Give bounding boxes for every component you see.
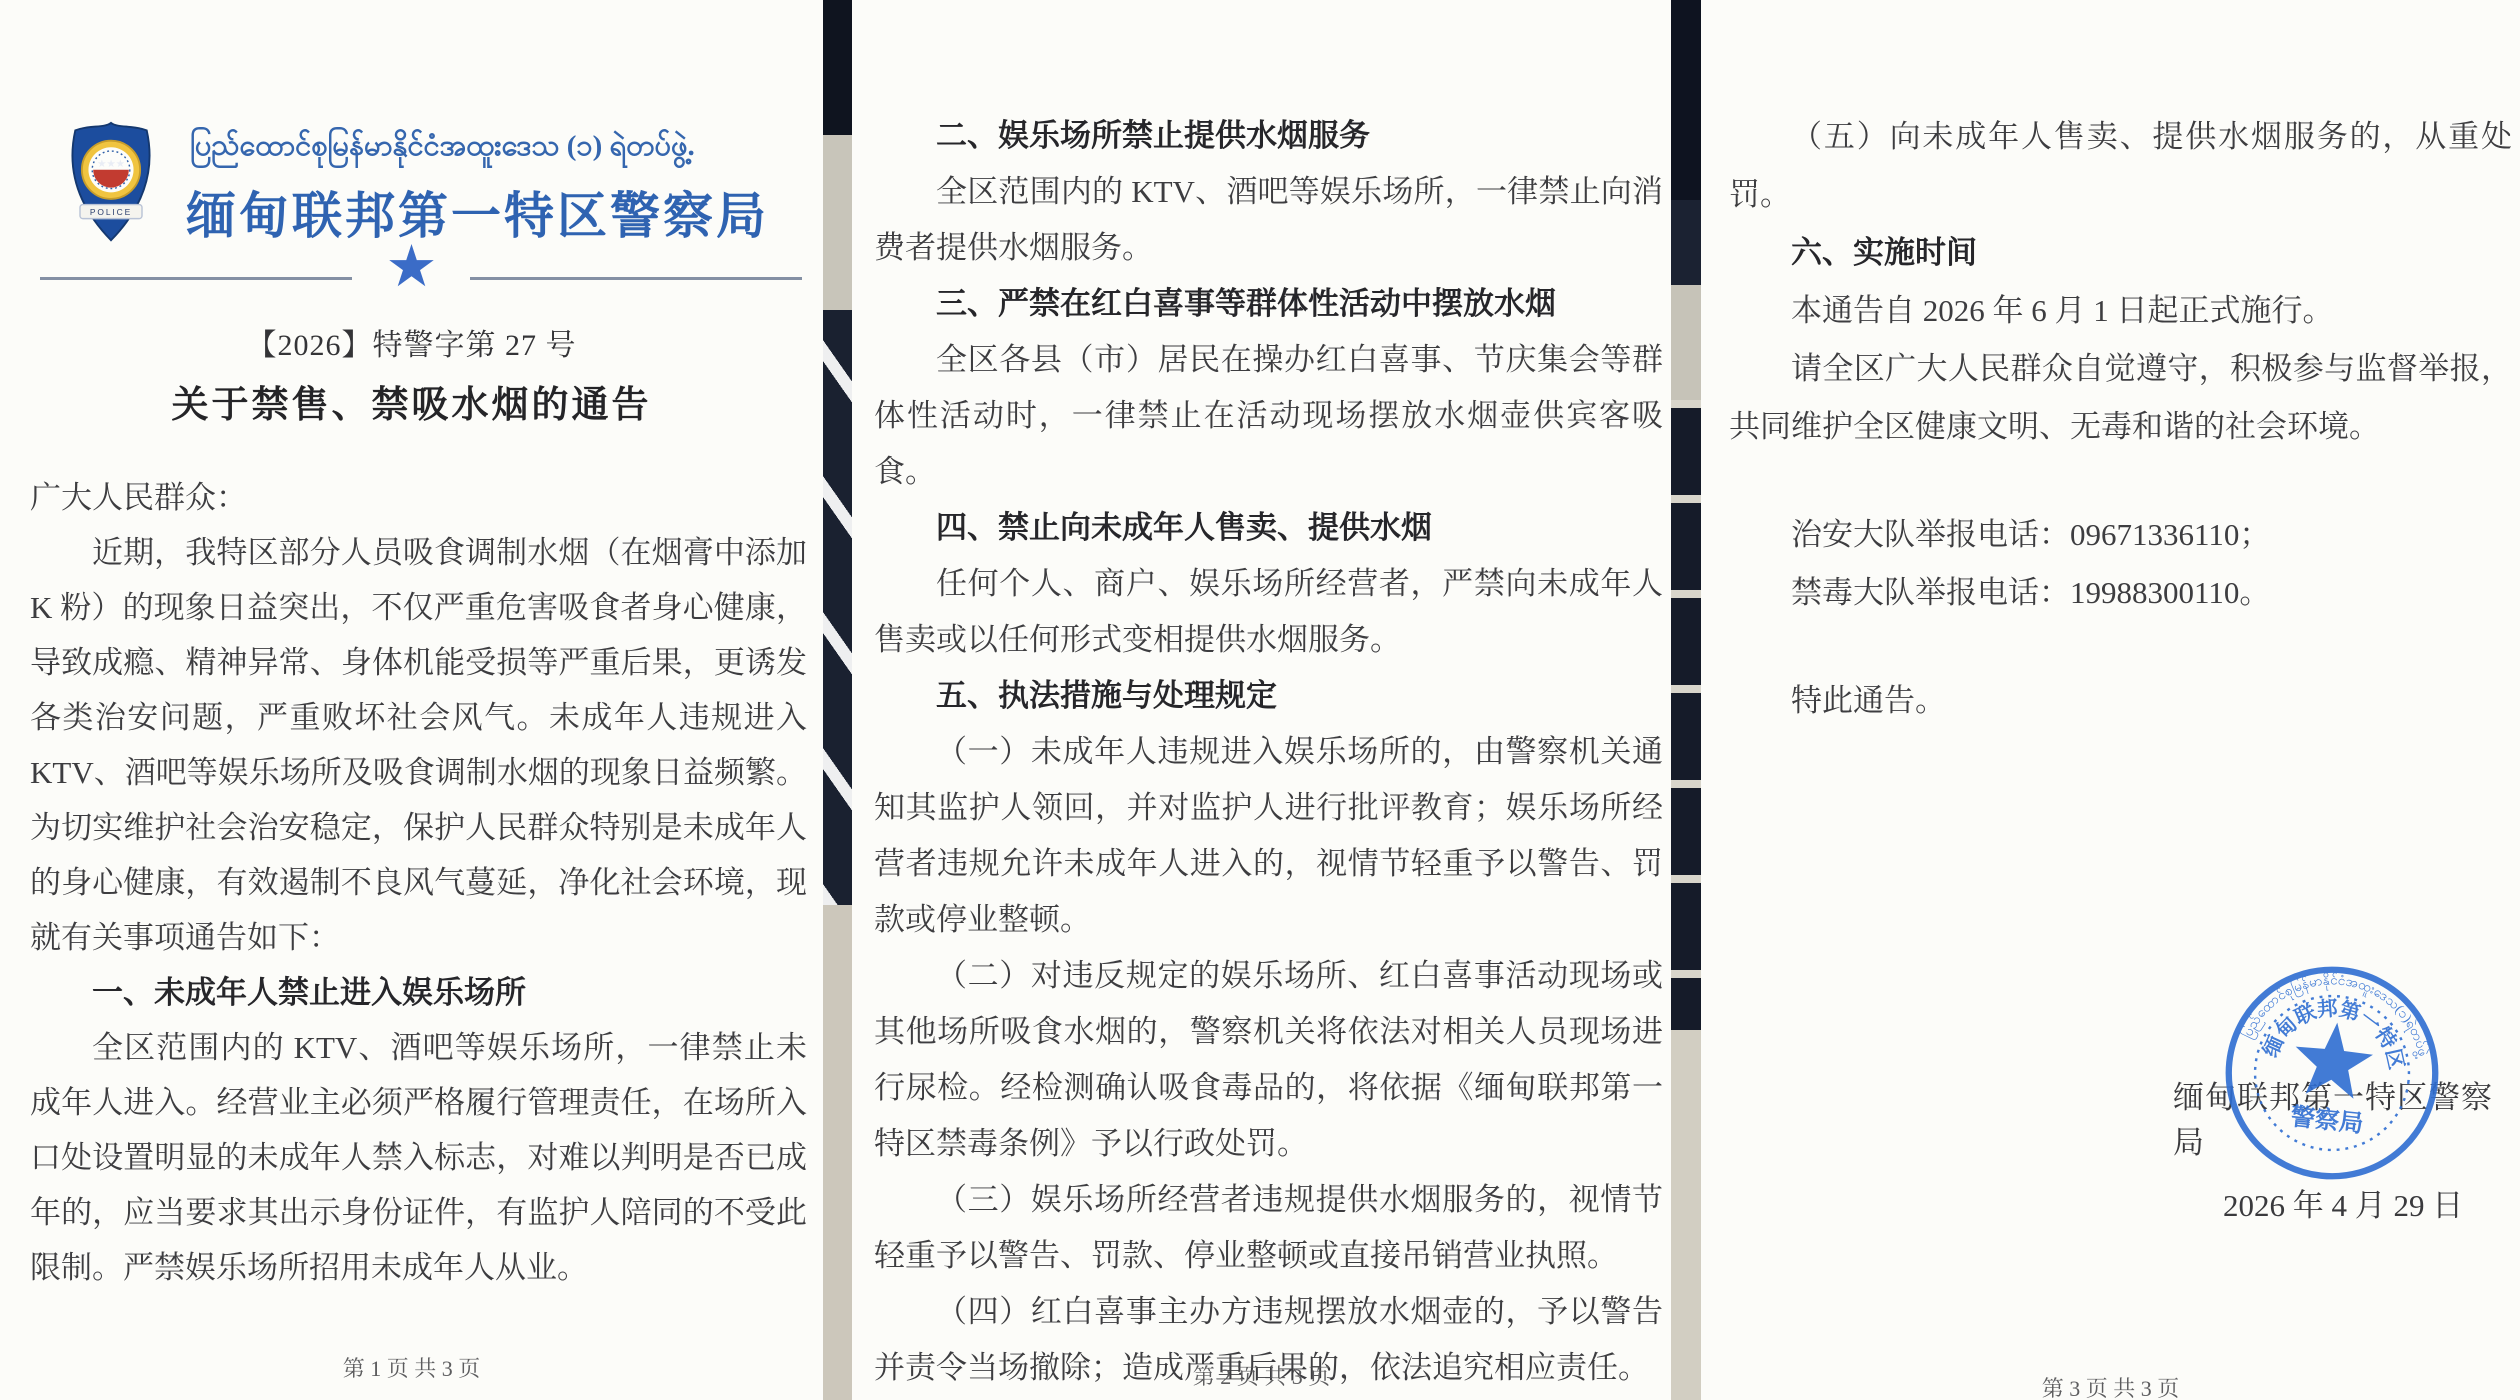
page-1-body: 广大人民群众： 近期，我特区部分人员吸食调制水烟（在烟膏中添加 K 粉）的现象日…: [30, 470, 807, 1295]
background-strip-left: [823, 0, 852, 1400]
background-strip-right: [1671, 0, 1701, 1400]
badge-stars-icon: ★★★: [97, 159, 125, 170]
document-number: 【2026】特警字第 27 号: [0, 320, 823, 364]
burmese-agency-title: ပြည်ထောင်စုမြန်မာနိုင်ငံအထူးဒေသ (၁) ရဲတပ…: [190, 124, 790, 168]
police-badge-icon: ★★★ POLICE: [64, 120, 158, 244]
section-3-heading: 三、严禁在红白喜事等群体性活动中摆放水烟: [874, 276, 1663, 332]
section-4-body: 任何个人、商户、娱乐场所经营者，严禁向未成年人售卖或以任何形式变相提供水烟服务。: [874, 556, 1663, 668]
scanned-notice-document: ★★★ POLICE ပြည်ထောင်စုမြန်မာနိုင်ငံအထူးဒ…: [0, 0, 2520, 1400]
section-4-heading: 四、禁止向未成年人售卖、提供水烟: [874, 500, 1663, 556]
badge-police-label: POLICE: [90, 207, 132, 217]
antidrug-hotline: 禁毒大队举报电话：19988300110。: [1729, 564, 2512, 622]
page-2-footer: 第 2 页 共 3 页: [852, 1360, 1671, 1391]
page-3-footer: 第 3 页 共 3 页: [1701, 1372, 2520, 1400]
section-6-heading: 六、实施时间: [1729, 224, 2512, 282]
closing-line: 特此通告。: [1729, 672, 2512, 730]
page-2: 二、娱乐场所禁止提供水烟服务 全区范围内的 KTV、酒吧等娱乐场所，一律禁止向消…: [852, 0, 1671, 1400]
section-1-heading: 一、未成年人禁止进入娱乐场所: [30, 965, 807, 1020]
page-1-footer: 第 1 页 共 3 页: [0, 1352, 823, 1383]
section-5-item-5: （五）向未成年人售卖、提供水烟服务的，从重处罚。: [1729, 108, 2512, 224]
diagonal-stripe-pattern: [823, 310, 852, 905]
horizontal-band-pattern: [1671, 400, 1701, 1030]
public-appeal-line: 请全区广大人民群众自觉遵守，积极参与监督举报，共同维护全区健康文明、无毒和谐的社…: [1729, 340, 2512, 456]
page-3: （五）向未成年人售卖、提供水烟服务的，从重处罚。 六、实施时间 本通告自 202…: [1701, 0, 2520, 1400]
effective-date-line: 本通告自 2026 年 6 月 1 日起正式施行。: [1729, 282, 2512, 340]
seal-star-icon: [2291, 1019, 2376, 1101]
page-3-body: （五）向未成年人售卖、提供水烟服务的，从重处罚。 六、实施时间 本通告自 202…: [1729, 108, 2512, 730]
official-seal-stamp: ပြည်ထောင်စုမြန်မာနိုင်ငံအထူးဒေသ(၁)ရဲတပ်ဖ…: [2209, 950, 2455, 1196]
seal-bottom-text: 警察局: [2289, 1103, 2365, 1138]
section-5-item-2: （二）对违反规定的娱乐场所、红白喜事活动现场或其他场所吸食水烟的，警察机关将依法…: [874, 948, 1663, 1172]
notice-title: 关于禁售、禁吸水烟的通告: [0, 374, 823, 428]
security-hotline: 治安大队举报电话：09671336110；: [1729, 506, 2512, 564]
page-1: ★★★ POLICE ပြည်ထောင်စုမြန်မာနိုင်ငံအထူးဒ…: [0, 0, 823, 1400]
section-1-body: 全区范围内的 KTV、酒吧等娱乐场所，一律禁止未成年人进入。经营业主必须严格履行…: [30, 1020, 807, 1295]
section-2-heading: 二、娱乐场所禁止提供水烟服务: [874, 108, 1663, 164]
intro-paragraph: 近期，我特区部分人员吸食调制水烟（在烟膏中添加 K 粉）的现象日益突出，不仅严重…: [30, 525, 807, 965]
divider-line-right: [470, 277, 802, 280]
section-3-body: 全区各县（市）居民在操办红白喜事、节庆集会等群体性活动时，一律禁止在活动现场摆放…: [874, 332, 1663, 500]
section-5-heading: 五、执法措施与处理规定: [874, 668, 1663, 724]
section-5-item-1: （一）未成年人违规进入娱乐场所的，由警察机关通知其监护人领回，并对监护人进行批评…: [874, 724, 1663, 948]
salutation: 广大人民群众：: [30, 470, 807, 525]
section-2-body: 全区范围内的 KTV、酒吧等娱乐场所，一律禁止向消费者提供水烟服务。: [874, 164, 1663, 276]
section-5-item-3: （三）娱乐场所经营者违规提供水烟服务的，视情节轻重予以警告、罚款、停业整顿或直接…: [874, 1172, 1663, 1284]
star-divider-icon: ★: [0, 238, 823, 296]
page-2-body: 二、娱乐场所禁止提供水烟服务 全区范围内的 KTV、酒吧等娱乐场所，一律禁止向消…: [874, 108, 1663, 1396]
